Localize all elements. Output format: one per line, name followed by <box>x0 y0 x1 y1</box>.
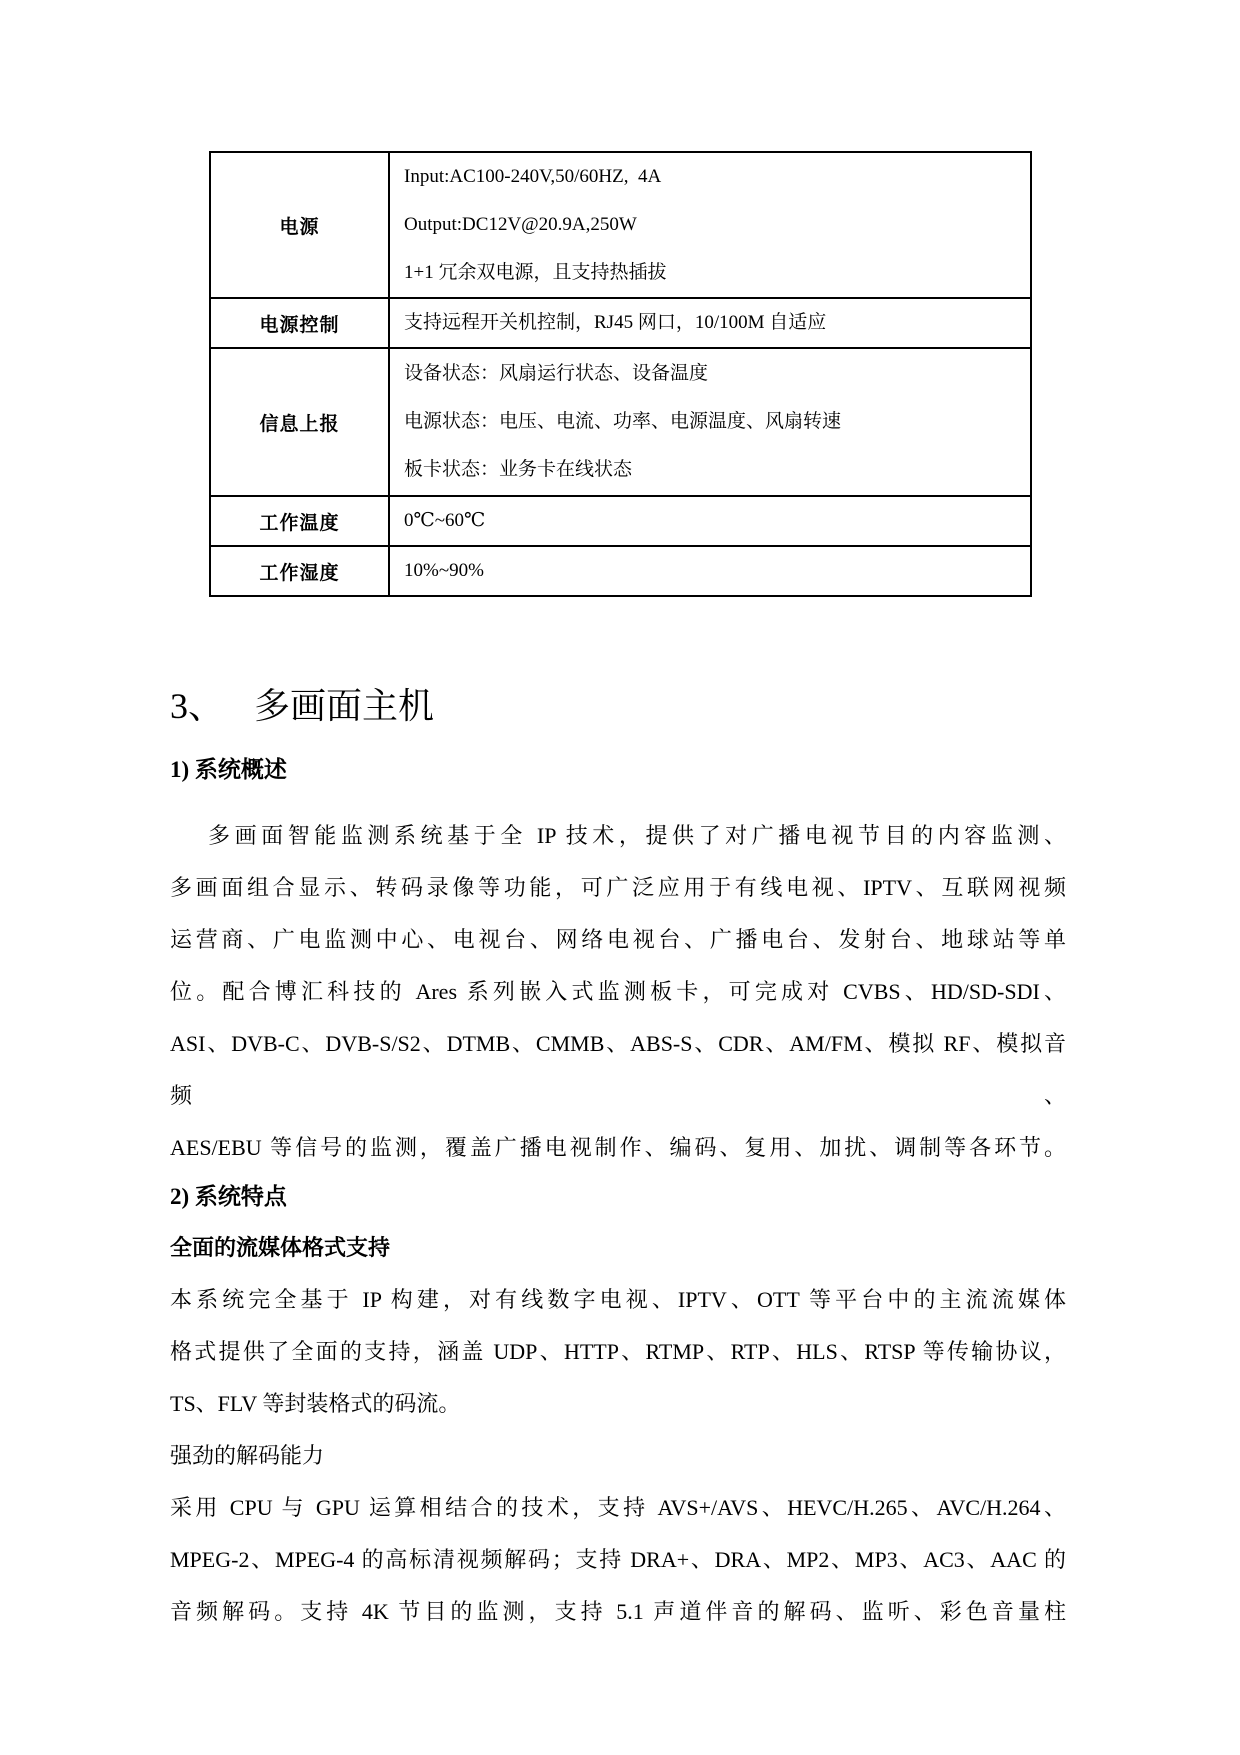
feature-subsection-title: 全面的流媒体格式支持 <box>170 1222 1066 1274</box>
spec-row-value: 设备状态：风扇运行状态、设备温度电源状态：电压、电流、功率、电源温度、风扇转速板… <box>389 348 1031 496</box>
spec-value-line: Input:AC100-240V,50/60HZ, 4A <box>404 153 1024 201</box>
chapter-heading: 3、多画面主机 <box>170 684 1066 728</box>
text-line: 位。配合博汇科技的 Ares 系列嵌入式监测板卡，可完成对 CVBS、HD/SD… <box>170 966 1066 1018</box>
overview-paragraph: 多画面智能监测系统基于全 IP 技术，提供了对广播电视节目的内容监测、多画面组合… <box>170 810 1066 1174</box>
spec-value-line: 10%~90% <box>404 547 1024 595</box>
spec-row-label: 信息上报 <box>210 348 389 496</box>
text-line: 格式提供了全面的支持，涵盖 UDP、HTTP、RTMP、RTP、HLS、RTSP… <box>170 1326 1066 1378</box>
spec-value-line: 设备状态：风扇运行状态、设备温度 <box>404 350 1024 398</box>
spec-row-value: 支持远程开关机控制，RJ45 网口，10/100M 自适应 <box>389 298 1031 348</box>
spec-row-label: 电源控制 <box>210 298 389 348</box>
spec-value-line: 支持远程开关机控制，RJ45 网口，10/100M 自适应 <box>404 299 1024 347</box>
spec-table-row: 电源Input:AC100-240V,50/60HZ, 4AOutput:DC1… <box>210 152 1031 298</box>
spec-table-row: 信息上报设备状态：风扇运行状态、设备温度电源状态：电压、电流、功率、电源温度、风… <box>210 348 1031 496</box>
text-line: 音频解码。支持 4K 节目的监测，支持 5.1 声道伴音的解码、监听、彩色音量柱 <box>170 1586 1066 1638</box>
spec-value-line: 0℃~60℃ <box>404 497 1024 545</box>
text-line: 多画面智能监测系统基于全 IP 技术，提供了对广播电视节目的内容监测、 <box>170 810 1066 862</box>
feature-subsection-title: 强劲的解码能力 <box>170 1430 1066 1482</box>
document-page: 电源Input:AC100-240V,50/60HZ, 4AOutput:DC1… <box>0 0 1240 1755</box>
features-heading: 2) 系统特点 <box>170 1182 1066 1212</box>
spec-value-line: Output:DC12V@20.9A,250W <box>404 201 1024 249</box>
spec-table: 电源Input:AC100-240V,50/60HZ, 4AOutput:DC1… <box>209 151 1032 597</box>
text-line: TS、FLV 等封装格式的码流。 <box>170 1378 1066 1430</box>
overview-heading: 1) 系统概述 <box>170 755 1066 785</box>
text-line: 采用 CPU 与 GPU 运算相结合的技术，支持 AVS+/AVS、HEVC/H… <box>170 1482 1066 1534</box>
text-line: 运营商、广电监测中心、电视台、网络电视台、广播电台、发射台、地球站等单 <box>170 914 1066 966</box>
spec-value-line: 板卡状态：业务卡在线状态 <box>404 446 1024 494</box>
spec-row-value: 0℃~60℃ <box>389 496 1031 546</box>
spec-table-row: 电源控制支持远程开关机控制，RJ45 网口，10/100M 自适应 <box>210 298 1031 348</box>
spec-row-value: 10%~90% <box>389 546 1031 596</box>
spec-row-value: Input:AC100-240V,50/60HZ, 4AOutput:DC12V… <box>389 152 1031 298</box>
spec-value-line: 电源状态：电压、电流、功率、电源温度、风扇转速 <box>404 398 1024 446</box>
spec-row-label: 工作湿度 <box>210 546 389 596</box>
spec-table-row: 工作温度0℃~60℃ <box>210 496 1031 546</box>
text-line: 本系统完全基于 IP 构建，对有线数字电视、IPTV、OTT 等平台中的主流流媒… <box>170 1274 1066 1326</box>
spec-row-label: 电源 <box>210 152 389 298</box>
text-line: 多画面组合显示、转码录像等功能，可广泛应用于有线电视、IPTV、互联网视频 <box>170 862 1066 914</box>
document-content: 电源Input:AC100-240V,50/60HZ, 4AOutput:DC1… <box>170 0 1066 1638</box>
text-line: MPEG-2、MPEG-4 的高标清视频解码；支持 DRA+、DRA、MP2、M… <box>170 1534 1066 1586</box>
spec-value-line: 1+1 冗余双电源，且支持热插拔 <box>404 249 1024 297</box>
spec-row-label: 工作温度 <box>210 496 389 546</box>
text-line: ASI、DVB-C、DVB-S/S2、DTMB、CMMB、ABS-S、CDR、A… <box>170 1018 1066 1122</box>
chapter-number: 3、 <box>170 684 224 728</box>
text-line: AES/EBU 等信号的监测，覆盖广播电视制作、编码、复用、加扰、调制等各环节。 <box>170 1122 1066 1174</box>
chapter-title: 多画面主机 <box>254 686 434 726</box>
features-section: 全面的流媒体格式支持本系统完全基于 IP 构建，对有线数字电视、IPTV、OTT… <box>170 1222 1066 1638</box>
spec-table-row: 工作湿度10%~90% <box>210 546 1031 596</box>
